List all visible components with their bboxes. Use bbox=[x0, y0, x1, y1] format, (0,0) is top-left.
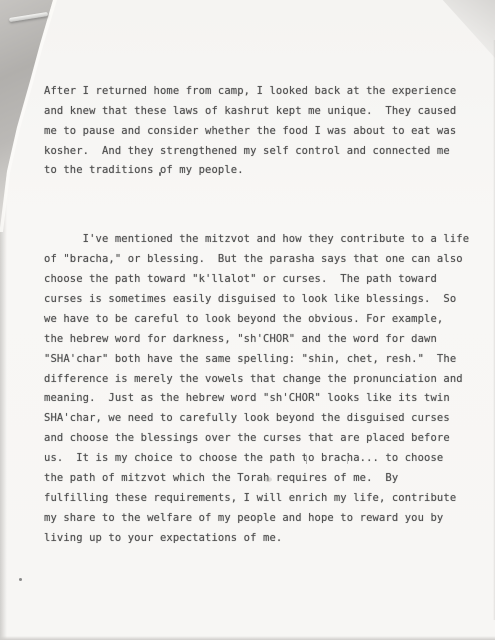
scan-bottom-edge-shadow bbox=[0, 636, 495, 640]
scanned-document-page: After I returned home from camp, I looke… bbox=[0, 0, 495, 640]
paragraph-bracha-curses: I've mentioned the mitzvot and how they … bbox=[44, 230, 467, 549]
staple bbox=[9, 12, 48, 22]
paragraph-kashrut: After I returned home from camp, I looke… bbox=[44, 82, 467, 182]
dust-speck bbox=[19, 578, 22, 581]
scan-left-edge-shadow bbox=[0, 0, 7, 640]
typed-text: After I returned home from camp, I looke… bbox=[44, 42, 467, 588]
